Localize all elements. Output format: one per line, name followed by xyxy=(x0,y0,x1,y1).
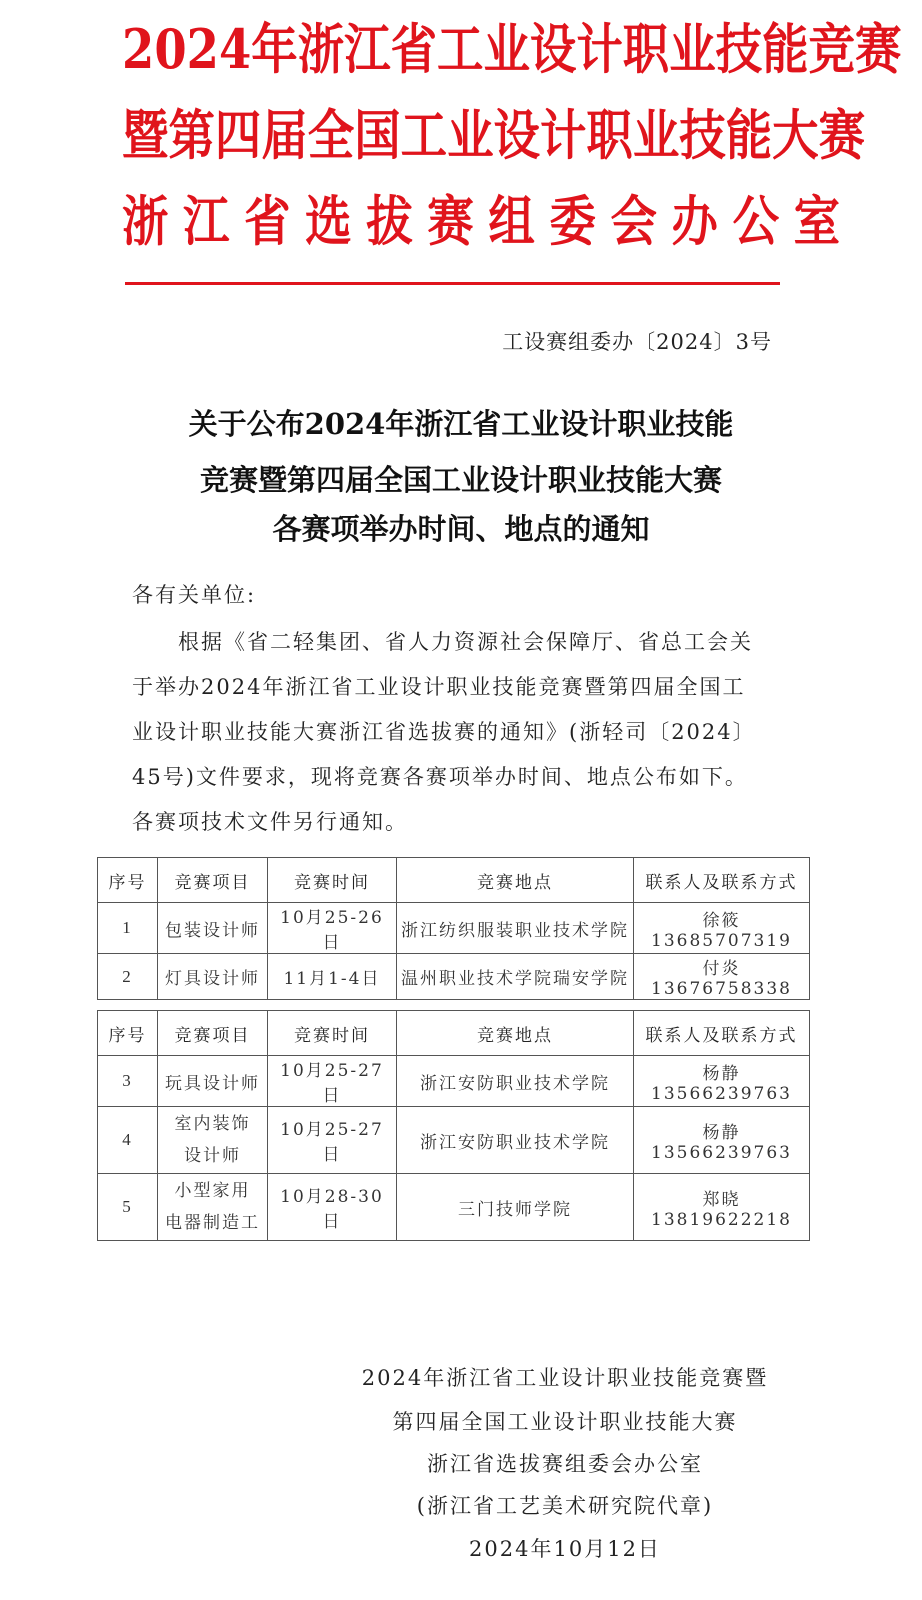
row-contact: 付炎 13676758338 xyxy=(634,954,810,1000)
letterhead-line-2: 暨第四届全国工业设计职业技能大赛 xyxy=(122,92,690,178)
row-no: 1 xyxy=(98,903,158,954)
row-no: 5 xyxy=(98,1174,158,1241)
document-number: 工设赛组委办〔2024〕3号 xyxy=(502,326,772,356)
row-no: 3 xyxy=(98,1056,158,1107)
row-item-line-2: 设计师 xyxy=(162,1140,263,1172)
header-contact: 联系人及联系方式 xyxy=(634,1011,810,1056)
row-item-line-1: 小型家用 xyxy=(162,1175,263,1207)
letterhead: 2024年浙江省工业设计职业技能竞赛 暨第四届全国工业设计职业技能大赛 浙江省选… xyxy=(122,6,782,264)
header-venue: 竞赛地点 xyxy=(397,858,634,903)
row-time: 10月28-30日 xyxy=(268,1174,397,1241)
body-line: 根据《省二轻集团、省人力资源社会保障厅、省总工会关 xyxy=(132,620,782,665)
table-header-row: 序号 竞赛项目 竞赛时间 竞赛地点 联系人及联系方式 xyxy=(98,1011,810,1056)
schedule-table-part-2: 序号 竞赛项目 竞赛时间 竞赛地点 联系人及联系方式 3 玩具设计师 10月25… xyxy=(97,1010,810,1241)
body-line: 于举办2024年浙江省工业设计职业技能竞赛暨第四届全国工 xyxy=(132,665,782,710)
row-time: 10月25-27日 xyxy=(268,1107,397,1174)
row-no: 2 xyxy=(98,954,158,1000)
body-paragraph: 根据《省二轻集团、省人力资源社会保障厅、省总工会关 于举办2024年浙江省工业设… xyxy=(132,620,782,845)
row-time: 11月1-4日 xyxy=(268,954,397,1000)
row-no: 4 xyxy=(98,1107,158,1174)
table-row: 2 灯具设计师 11月1-4日 温州职业技术学院瑞安学院 付炎 13676758… xyxy=(98,954,810,1000)
row-item: 灯具设计师 xyxy=(158,954,268,1000)
header-time: 竞赛时间 xyxy=(268,858,397,903)
table-header-row: 序号 竞赛项目 竞赛时间 竞赛地点 联系人及联系方式 xyxy=(98,858,810,903)
row-time: 10月25-27日 xyxy=(268,1056,397,1107)
table-row: 1 包装设计师 10月25-26日 浙江纺织服装职业技术学院 徐筱 136857… xyxy=(98,903,810,954)
title-line-2: 竞赛暨第四届全国工业设计职业技能大赛 xyxy=(0,458,922,499)
body-line: 45号)文件要求，现将竞赛各赛项举办时间、地点公布如下。 xyxy=(132,755,782,800)
row-time: 10月25-26日 xyxy=(268,903,397,954)
row-item: 玩具设计师 xyxy=(158,1056,268,1107)
letterhead-line-3: 浙江省选拔赛组委会办公室 xyxy=(122,178,690,264)
header-time: 竞赛时间 xyxy=(268,1011,397,1056)
header-no: 序号 xyxy=(98,1011,158,1056)
signature-seal-note: (浙江省工艺美术研究院代章) xyxy=(340,1490,790,1520)
letterhead-line-1: 2024年浙江省工业设计职业技能竞赛 xyxy=(122,6,690,92)
row-contact: 郑晓 13819622218 xyxy=(634,1174,810,1241)
title-line-1: 关于公布2024年浙江省工业设计职业技能 xyxy=(0,402,922,443)
row-contact: 徐筱 13685707319 xyxy=(634,903,810,954)
red-divider xyxy=(125,282,780,285)
signature-line-3: 浙江省选拔赛组委会办公室 xyxy=(340,1448,790,1478)
row-venue: 浙江安防职业技术学院 xyxy=(397,1056,634,1107)
header-item: 竞赛项目 xyxy=(158,858,268,903)
salutation: 各有关单位: xyxy=(132,573,782,618)
header-contact: 联系人及联系方式 xyxy=(634,858,810,903)
signature-line-1: 2024年浙江省工业设计职业技能竞赛暨 xyxy=(340,1362,790,1392)
row-item: 小型家用 电器制造工 xyxy=(158,1174,268,1241)
header-venue: 竞赛地点 xyxy=(397,1011,634,1056)
row-venue: 浙江纺织服装职业技术学院 xyxy=(397,903,634,954)
table-row: 3 玩具设计师 10月25-27日 浙江安防职业技术学院 杨静 13566239… xyxy=(98,1056,810,1107)
row-venue: 浙江安防职业技术学院 xyxy=(397,1107,634,1174)
row-item: 室内装饰 设计师 xyxy=(158,1107,268,1174)
table-row: 4 室内装饰 设计师 10月25-27日 浙江安防职业技术学院 杨静 13566… xyxy=(98,1107,810,1174)
signature-date: 2024年10月12日 xyxy=(340,1533,790,1563)
header-item: 竞赛项目 xyxy=(158,1011,268,1056)
table-row: 5 小型家用 电器制造工 10月28-30日 三门技师学院 郑晓 1381962… xyxy=(98,1174,810,1241)
row-contact: 杨静 13566239763 xyxy=(634,1056,810,1107)
row-item: 包装设计师 xyxy=(158,903,268,954)
body-line: 业设计职业技能大赛浙江省选拔赛的通知》(浙轻司〔2024〕 xyxy=(132,710,782,755)
signature-line-2: 第四届全国工业设计职业技能大赛 xyxy=(340,1406,790,1436)
row-contact: 杨静 13566239763 xyxy=(634,1107,810,1174)
row-item-line-2: 电器制造工 xyxy=(162,1207,263,1239)
schedule-table-part-1: 序号 竞赛项目 竞赛时间 竞赛地点 联系人及联系方式 1 包装设计师 10月25… xyxy=(97,857,810,1000)
header-no: 序号 xyxy=(98,858,158,903)
body-line: 各赛项技术文件另行通知。 xyxy=(132,800,782,845)
row-venue: 三门技师学院 xyxy=(397,1174,634,1241)
row-venue: 温州职业技术学院瑞安学院 xyxy=(397,954,634,1000)
title-line-3: 各赛项举办时间、地点的通知 xyxy=(0,507,922,548)
row-item-line-1: 室内装饰 xyxy=(162,1108,263,1140)
